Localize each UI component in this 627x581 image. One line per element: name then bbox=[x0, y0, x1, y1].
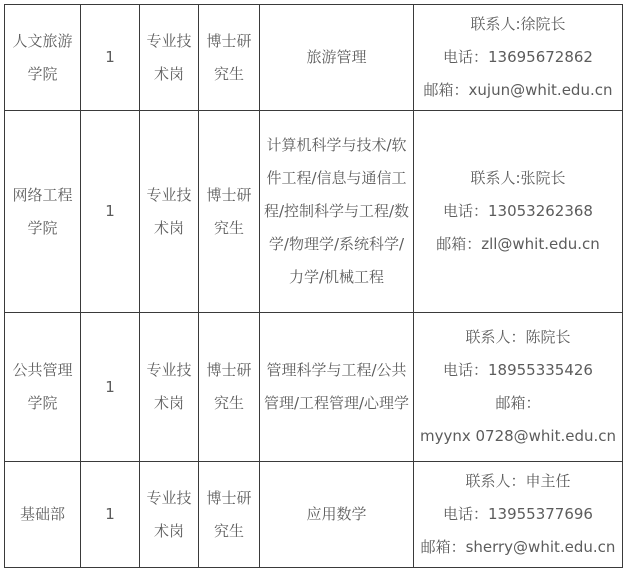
contact-phone: 电话：18955335426 bbox=[417, 354, 619, 387]
contact-person: 联系人:张院长 bbox=[417, 162, 619, 195]
cell-degree: 博士研究生 bbox=[199, 462, 260, 568]
contact-phone: 电话：13695672862 bbox=[417, 41, 619, 74]
contact-person: 联系人：陈院长 bbox=[417, 321, 619, 354]
cell-post-type: 专业技术岗 bbox=[140, 111, 199, 313]
cell-department: 人文旅游学院 bbox=[5, 5, 81, 111]
cell-contact: 联系人:徐院长 电话：13695672862 邮箱：xujun@whit.edu… bbox=[414, 5, 623, 111]
cell-department: 网络工程学院 bbox=[5, 111, 81, 313]
contact-phone: 电话：13955377696 bbox=[417, 498, 619, 531]
contact-phone: 电话：13053262368 bbox=[417, 195, 619, 228]
contact-person: 联系人:徐院长 bbox=[417, 8, 619, 41]
cell-contact: 联系人:张院长 电话：13053262368 邮箱：zll@whit.edu.c… bbox=[414, 111, 623, 313]
cell-majors: 应用数学 bbox=[260, 462, 414, 568]
cell-majors: 计算机科学与技术/软件工程/信息与通信工程/控制科学与工程/数学/物理学/系统科… bbox=[260, 111, 414, 313]
cell-contact: 联系人：申主任 电话：13955377696 邮箱：sherry@whit.ed… bbox=[414, 462, 623, 568]
table-row: 基础部 1 专业技术岗 博士研究生 应用数学 联系人：申主任 电话：139553… bbox=[5, 462, 623, 568]
cell-majors: 旅游管理 bbox=[260, 5, 414, 111]
table-row: 人文旅游学院 1 专业技术岗 博士研究生 旅游管理 联系人:徐院长 电话：136… bbox=[5, 5, 623, 111]
cell-post-type: 专业技术岗 bbox=[140, 5, 199, 111]
contact-email: 邮箱： bbox=[417, 387, 619, 420]
cell-degree: 博士研究生 bbox=[199, 111, 260, 313]
cell-department: 公共管理学院 bbox=[5, 313, 81, 462]
cell-headcount: 1 bbox=[81, 111, 140, 313]
table-row: 公共管理学院 1 专业技术岗 博士研究生 管理科学与工程/公共管理/工程管理/心… bbox=[5, 313, 623, 462]
contact-email: 邮箱：xujun@whit.edu.cn bbox=[417, 74, 619, 107]
cell-headcount: 1 bbox=[81, 313, 140, 462]
cell-contact: 联系人：陈院长 电话：18955335426 邮箱： myynx 0728@wh… bbox=[414, 313, 623, 462]
contact-email: 邮箱：sherry@whit.edu.cn bbox=[417, 531, 619, 564]
cell-degree: 博士研究生 bbox=[199, 5, 260, 111]
contact-person: 联系人：申主任 bbox=[417, 465, 619, 498]
cell-post-type: 专业技术岗 bbox=[140, 462, 199, 568]
cell-majors: 管理科学与工程/公共管理/工程管理/心理学 bbox=[260, 313, 414, 462]
cell-post-type: 专业技术岗 bbox=[140, 313, 199, 462]
contact-email: 邮箱：zll@whit.edu.cn bbox=[417, 228, 619, 261]
cell-headcount: 1 bbox=[81, 462, 140, 568]
table-row: 网络工程学院 1 专业技术岗 博士研究生 计算机科学与技术/软件工程/信息与通信… bbox=[5, 111, 623, 313]
cell-headcount: 1 bbox=[81, 5, 140, 111]
cell-department: 基础部 bbox=[5, 462, 81, 568]
recruitment-table: 人文旅游学院 1 专业技术岗 博士研究生 旅游管理 联系人:徐院长 电话：136… bbox=[4, 4, 623, 568]
cell-degree: 博士研究生 bbox=[199, 313, 260, 462]
contact-email-value: myynx 0728@whit.edu.cn bbox=[417, 420, 619, 453]
